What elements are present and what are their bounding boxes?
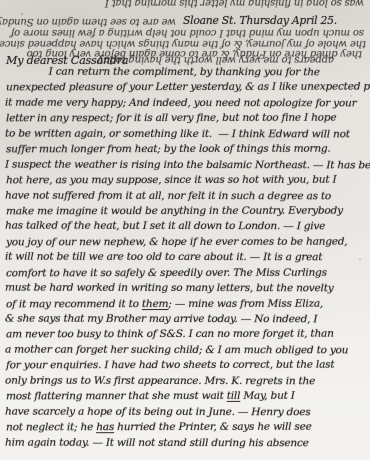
letter-line: only brings us to W.s first appearance. … <box>5 374 367 390</box>
letter-line: suffer much longer from heat; by the loo… <box>6 143 368 159</box>
letter-line: make me imagine it would be anything in … <box>6 205 368 221</box>
letter-line: have not suffered from it at all, nor fe… <box>5 189 367 205</box>
letter-line: comfort to have it so safely & speedily … <box>6 266 368 282</box>
letter-line: have scarcely a hope of its being out in… <box>5 405 367 421</box>
letter-line: him again today. — It will not stand sti… <box>5 436 367 452</box>
letter-body: I can return the compliment, by thanking… <box>5 66 367 452</box>
letter-line: hot here, as you may suppose, since it w… <box>6 174 368 190</box>
letter-line: unexpected pleasure of your Letter yeste… <box>6 81 368 97</box>
letter-line: for your enquiries. I have had two sheet… <box>6 359 368 375</box>
letter-line: to be written again, or something like i… <box>5 127 367 143</box>
letter-line: it will not be till we are too old to ca… <box>5 251 367 267</box>
letter-line: a mother can forget her sucking child; &… <box>5 343 367 359</box>
letter-page: was so long in finishing my letter this … <box>0 0 370 460</box>
letter-line: it made me very happy; And indeed, you n… <box>5 96 367 112</box>
letter-line: not neglect it; he has hurried the Print… <box>6 421 368 437</box>
letter-line: most flattering manner that she must wai… <box>6 390 368 406</box>
letter-line: am never too busy to think of S&S. I can… <box>6 328 368 344</box>
letter-line: has talked of the heat, but I set it all… <box>5 220 367 236</box>
letter-line: of it may recommend it to them; — mine w… <box>6 297 368 313</box>
letter-line: you joy of our new nephew, & hope if he … <box>6 235 368 251</box>
inverted-script-line: was so long in finishing my letter this … <box>92 0 364 9</box>
letter-line: must be hard worked in writing so many l… <box>5 282 367 298</box>
letter-line: & she says that my Brother may arrive to… <box>5 313 367 329</box>
letter-line: I can return the compliment, by thanking… <box>5 66 367 82</box>
letter-line: I suspect the weather is rising into the… <box>5 158 367 174</box>
inverted-script-line: appears to me very well worth the having… <box>128 53 334 66</box>
letter-line: letter in any respect; for it is all ver… <box>6 112 368 128</box>
